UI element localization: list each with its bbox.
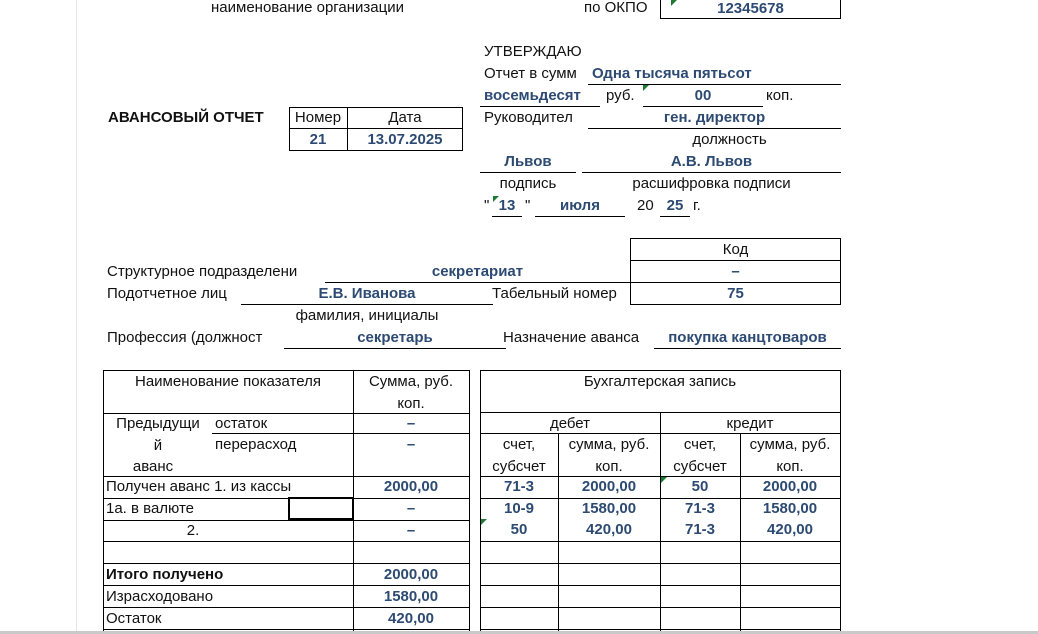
department-label: Структурное подразделени xyxy=(107,262,297,282)
item2-label: 2. xyxy=(103,521,283,541)
credit-account[interactable]: 71-3 xyxy=(660,499,740,519)
divider xyxy=(480,563,841,564)
currency-value[interactable]: – xyxy=(353,499,469,519)
credit-account-header-2: субсчет xyxy=(660,457,740,477)
underline xyxy=(643,106,763,107)
amount-label: Отчет в сумм xyxy=(484,64,577,84)
underline xyxy=(241,304,493,305)
signature-value[interactable]: Львов xyxy=(480,152,576,172)
col-sum-header-2: коп. xyxy=(353,394,469,414)
signature-decoded[interactable]: А.В. Львов xyxy=(582,152,841,172)
okpo-field[interactable]: 12345678 xyxy=(660,0,841,19)
credit-sum-header-2: коп. xyxy=(740,457,840,477)
credit-sum[interactable]: 420,00 xyxy=(740,520,840,540)
divider xyxy=(103,607,470,608)
purpose-label: Назначение аванса xyxy=(503,328,639,348)
amount-words-line2[interactable]: восемьдесят xyxy=(484,86,581,106)
report-title: АВАНСОВЫЙ ОТЧЕТ xyxy=(108,108,264,128)
okpo-label: по ОКПО xyxy=(584,0,648,18)
remainder-label: остаток xyxy=(212,414,352,434)
overspend-value[interactable]: – xyxy=(353,435,469,455)
total-label: Итого получено xyxy=(103,565,353,585)
date-day[interactable]: 13 xyxy=(492,196,522,216)
spent-value[interactable]: 1580,00 xyxy=(353,587,469,607)
col-sum-header-1: Сумма, руб. xyxy=(353,372,469,392)
divider xyxy=(289,128,463,129)
underline xyxy=(284,348,506,349)
approve-heading: УТВЕРЖДАЮ xyxy=(484,42,582,62)
number-label: Номер xyxy=(289,108,347,128)
spent-label: Израсходовано xyxy=(103,587,353,607)
underline xyxy=(492,216,522,217)
debit-account-header-1: счет, xyxy=(480,435,558,455)
received-value[interactable]: 2000,00 xyxy=(353,477,469,497)
divider xyxy=(630,282,841,283)
department-code[interactable]: – xyxy=(630,262,841,282)
org-caption: наименование организации xyxy=(211,0,404,18)
divider xyxy=(103,541,470,542)
year-label: г. xyxy=(693,196,701,216)
date-month[interactable]: июля xyxy=(535,196,625,216)
balance-label: Остаток xyxy=(103,609,353,629)
debit-sum[interactable]: 2000,00 xyxy=(558,477,660,497)
credit-account[interactable]: 50 xyxy=(660,477,740,497)
debit-account[interactable]: 10-9 xyxy=(480,499,558,519)
underline xyxy=(325,282,630,283)
prev-advance-label-3: аванс xyxy=(103,457,203,477)
tab-number-label: Табельный номер xyxy=(492,284,617,304)
divider xyxy=(480,541,841,542)
department-value[interactable]: секретариат xyxy=(325,262,630,282)
date-value[interactable]: 13.07.2025 xyxy=(347,130,463,150)
number-value[interactable]: 21 xyxy=(289,130,347,150)
year-prefix: 20 xyxy=(637,196,654,216)
decoded-caption: расшифровка подписи xyxy=(582,174,841,194)
credit-sum-header-1: сумма, руб. xyxy=(740,435,840,455)
sheet-left-gutter xyxy=(76,0,77,634)
divider xyxy=(480,370,841,371)
entries-title: Бухгалтерская запись xyxy=(480,372,840,392)
divider xyxy=(480,629,841,630)
divider xyxy=(480,412,841,413)
divider xyxy=(103,585,470,586)
underline xyxy=(588,84,841,85)
total-value[interactable]: 2000,00 xyxy=(353,565,469,585)
divider xyxy=(630,260,841,261)
credit-account-header-1: счет, xyxy=(660,435,740,455)
divider xyxy=(480,607,841,608)
prev-advance-label-1: Предыдущи xyxy=(103,414,213,434)
divider xyxy=(103,370,470,371)
debit-account-header-2: субсчет xyxy=(480,457,558,477)
underline xyxy=(535,216,625,217)
debit-sum[interactable]: 420,00 xyxy=(558,520,660,540)
credit-sum[interactable]: 1580,00 xyxy=(740,499,840,519)
quote-close: " xyxy=(525,196,530,216)
rub-label: руб. xyxy=(606,86,635,106)
person-caption: фамилия, инициалы xyxy=(241,306,493,326)
underline xyxy=(480,172,576,173)
person-label: Подотчетное лиц xyxy=(107,284,227,304)
debit-sum[interactable]: 1580,00 xyxy=(558,499,660,519)
kop-value[interactable]: 00 xyxy=(643,86,763,106)
remainder-value[interactable]: – xyxy=(353,414,469,434)
underline xyxy=(480,106,600,107)
prev-advance-label-2: й xyxy=(103,436,213,456)
overspend-label: перерасход xyxy=(212,435,352,455)
debit-sum-header-2: коп. xyxy=(558,457,660,477)
credit-sum[interactable]: 2000,00 xyxy=(740,477,840,497)
code-header: Код xyxy=(630,240,841,260)
purpose-value[interactable]: покупка канцтоваров xyxy=(654,328,841,348)
divider xyxy=(469,370,470,634)
okpo-value: 12345678 xyxy=(661,0,840,19)
debit-header: дебет xyxy=(480,414,660,434)
signature-caption: подпись xyxy=(480,174,576,194)
date-label: Дата xyxy=(347,108,463,128)
debit-account[interactable]: 50 xyxy=(480,520,558,540)
credit-account[interactable]: 71-3 xyxy=(660,520,740,540)
underline xyxy=(588,128,841,129)
head-position[interactable]: ген. директор xyxy=(588,108,841,128)
divider xyxy=(103,629,470,630)
divider xyxy=(840,370,841,634)
person-value[interactable]: Е.В. Иванова xyxy=(241,284,493,304)
credit-header: кредит xyxy=(660,414,840,434)
date-year[interactable]: 25 xyxy=(660,196,690,216)
divider xyxy=(103,563,470,564)
balance-value[interactable]: 420,00 xyxy=(353,609,469,629)
quote-open: " xyxy=(484,196,489,216)
underline xyxy=(582,172,841,173)
tab-number-value[interactable]: 75 xyxy=(630,284,841,304)
cell-comment-marker xyxy=(671,0,677,6)
selected-cell[interactable] xyxy=(288,497,354,520)
debit-sum-header-1: сумма, руб. xyxy=(558,435,660,455)
debit-account[interactable]: 71-3 xyxy=(480,477,558,497)
divider xyxy=(480,585,841,586)
profession-value[interactable]: секретарь xyxy=(284,328,506,348)
col-name-header: Наименование показателя xyxy=(103,372,353,392)
position-caption: должность xyxy=(588,130,841,150)
received-label: Получен аванс 1. из кассы xyxy=(103,477,353,497)
underline xyxy=(654,348,841,349)
head-label: Руководител xyxy=(484,108,573,128)
kop-label: коп. xyxy=(766,86,793,106)
profession-label: Профессия (должност xyxy=(107,328,262,348)
underline xyxy=(660,216,690,217)
amount-words-line1[interactable]: Одна тысяча пятьсот xyxy=(592,64,752,84)
item2-value[interactable]: – xyxy=(353,521,469,541)
